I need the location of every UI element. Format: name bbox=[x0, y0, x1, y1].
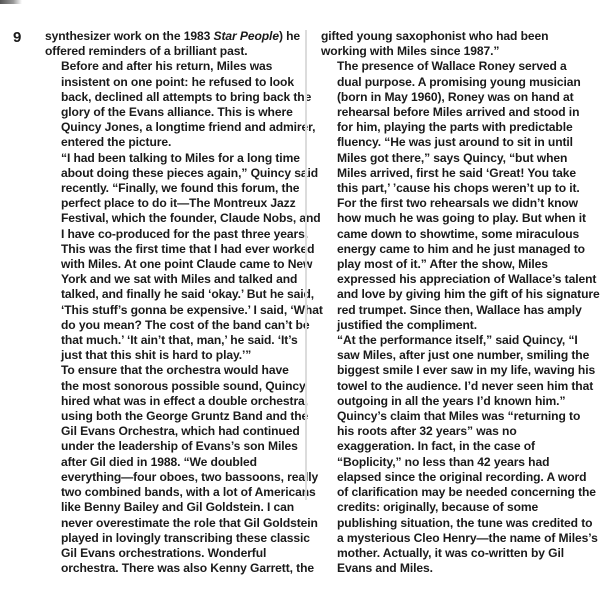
scan-corner-mark bbox=[0, 0, 22, 4]
text-line: energy came to him and he just managed t… bbox=[321, 242, 583, 257]
text-line: justified the compliment. bbox=[321, 318, 583, 333]
text-line: just that this shit is hard to play.’” bbox=[45, 348, 297, 363]
paragraph: To ensure that the orchestra would havet… bbox=[45, 363, 297, 576]
text-line: entered the picture. bbox=[45, 135, 297, 150]
text-line: credits: originally, because of some bbox=[321, 500, 583, 515]
text-line: publishing situation, the tune was credi… bbox=[321, 516, 583, 531]
text-line: after Gil died in 1988. “We doubled bbox=[45, 455, 297, 470]
text-line: that much.’ ‘It ain’t that, man,’ he sai… bbox=[45, 333, 297, 348]
text-line: everything—four oboes, two bassoons, rea… bbox=[45, 470, 297, 485]
text-line: saw Miles, after just one number, smilin… bbox=[321, 348, 583, 363]
text-line: To ensure that the orchestra would have bbox=[45, 363, 297, 378]
text-line: I have co-produced for the past three ye… bbox=[45, 227, 297, 242]
text-line: (born in May 1960), Roney was on hand at bbox=[321, 90, 583, 105]
text-line: fluency. “He was just around to sit in u… bbox=[321, 135, 583, 150]
text-line: Miles arrived, first he said ‘Great! You… bbox=[321, 166, 583, 181]
text-line: played in lovingly transcribing these cl… bbox=[45, 531, 297, 546]
paragraph: Before and after his return, Miles wasin… bbox=[45, 59, 297, 150]
text-line: ‘This stuff’s gonna be expensive.’ I sai… bbox=[45, 303, 297, 318]
text-line: perfect place to do it—The Montreux Jazz bbox=[45, 196, 297, 211]
text-line: Evans and Miles. bbox=[321, 561, 583, 576]
column-divider bbox=[305, 30, 307, 500]
text-line: like Benny Bailey and Gil Goldstein. I c… bbox=[45, 500, 297, 515]
text-line: This was the first time that I had ever … bbox=[45, 242, 297, 257]
text-line: how much he was going to play. But when … bbox=[321, 211, 583, 226]
paragraph: synthesizer work on the 1983 Star People… bbox=[45, 29, 297, 59]
right-text-column: gifted young saxophonist who had beenwor… bbox=[321, 29, 583, 576]
album-title: Star People bbox=[214, 29, 279, 43]
text-line: the most sonorous possible sound, Quincy bbox=[45, 379, 297, 394]
text-line: Quincy Jones, a longtime friend and admi… bbox=[45, 120, 297, 135]
paragraph: gifted young saxophonist who had beenwor… bbox=[321, 29, 583, 59]
text-line: back, declined all attempts to bring bac… bbox=[45, 90, 297, 105]
text-line: came down to showtime, some miraculous bbox=[321, 227, 583, 242]
text-line: expressed his appreciation of Wallace’s … bbox=[321, 272, 583, 287]
text-line: dual purpose. A promising young musician bbox=[321, 75, 583, 90]
text-line: under the leadership of Evans’s son Mile… bbox=[45, 439, 297, 454]
text-line: play most of it.” After the show, Miles bbox=[321, 257, 583, 272]
text-line: For the first two rehearsals we didn’t k… bbox=[321, 196, 583, 211]
text-line: and love by giving him the gift of his s… bbox=[321, 287, 583, 302]
text-line: Gil Evans Orchestra, which had continued bbox=[45, 424, 297, 439]
text-line: offered reminders of a brilliant past. bbox=[45, 44, 297, 59]
text-line: talked, and finally he said ‘okay.’ But … bbox=[45, 287, 297, 302]
text-line: The presence of Wallace Roney served a bbox=[321, 59, 583, 74]
text-line: recently. “Finally, we found this forum,… bbox=[45, 181, 297, 196]
text-line: exaggeration. In fact, in the case of bbox=[321, 439, 583, 454]
text-line: biggest smile I ever saw in my life, wav… bbox=[321, 363, 583, 378]
text-line: hired what was in effect a double orches… bbox=[45, 394, 297, 409]
text-line: with Miles. At one point Claude came to … bbox=[45, 257, 297, 272]
text-line: “At the performance itself,” said Quincy… bbox=[321, 333, 583, 348]
page-number: 9 bbox=[13, 29, 21, 46]
text-line: glory of the Evans alliance. This is whe… bbox=[45, 105, 297, 120]
text-line: Quincy’s claim that Miles was “returning… bbox=[321, 409, 583, 424]
text-line: about doing these pieces again,” Quincy … bbox=[45, 166, 297, 181]
text-line: gifted young saxophonist who had been bbox=[321, 29, 583, 44]
paragraph: “I had been talking to Miles for a long … bbox=[45, 151, 297, 364]
left-text-column: synthesizer work on the 1983 Star People… bbox=[45, 29, 297, 576]
text-line: “I had been talking to Miles for a long … bbox=[45, 151, 297, 166]
text-line: Festival, which the founder, Claude Nobs… bbox=[45, 211, 297, 226]
text-line: Gil Evans orchestrations. Wonderful bbox=[45, 546, 297, 561]
text-line: Miles got there,” says Quincy, “but when bbox=[321, 151, 583, 166]
text-line: working with Miles since 1987.” bbox=[321, 44, 583, 59]
text-line: do you mean? The cost of the band can’t … bbox=[45, 318, 297, 333]
text-line: rehearsal before Miles arrived and stood… bbox=[321, 105, 583, 120]
text-line: for him, playing the parts with predicta… bbox=[321, 120, 583, 135]
text-line: Before and after his return, Miles was bbox=[45, 59, 297, 74]
text-line: a mysterious Cleo Henry—the name of Mile… bbox=[321, 531, 583, 546]
text-line: orchestra. There was also Kenny Garrett,… bbox=[45, 561, 297, 576]
text-line: never overestimate the role that Gil Gol… bbox=[45, 516, 297, 531]
text-line: his roots after 32 years” was no bbox=[321, 424, 583, 439]
text-line: of clarification may be needed concernin… bbox=[321, 485, 583, 500]
text-line: using both the George Gruntz Band and th… bbox=[45, 409, 297, 424]
paragraph: “At the performance itself,” said Quincy… bbox=[321, 333, 583, 409]
text-line: outgoing in all the years I’d known him.… bbox=[321, 394, 583, 409]
text-line: York and we sat with Miles and talked an… bbox=[45, 272, 297, 287]
text-line: synthesizer work on the 1983 Star People… bbox=[45, 29, 297, 44]
text-line: elapsed since the original recording. A … bbox=[321, 470, 583, 485]
paragraph: Quincy’s claim that Miles was “returning… bbox=[321, 409, 583, 576]
text-line: this part,’ ’cause his chops weren’t up … bbox=[321, 181, 583, 196]
text-line: towel to the audience. I’d never seen hi… bbox=[321, 379, 583, 394]
text-line: red trumpet. Since then, Wallace has amp… bbox=[321, 303, 583, 318]
text-line: two combined bands, with a lot of Americ… bbox=[45, 485, 297, 500]
text-line: insistent on one point: he refused to lo… bbox=[45, 75, 297, 90]
text-line: “Boplicity,” no less than 42 years had bbox=[321, 455, 583, 470]
paragraph: The presence of Wallace Roney served adu… bbox=[321, 59, 583, 333]
text-line: mother. Actually, it was co-written by G… bbox=[321, 546, 583, 561]
